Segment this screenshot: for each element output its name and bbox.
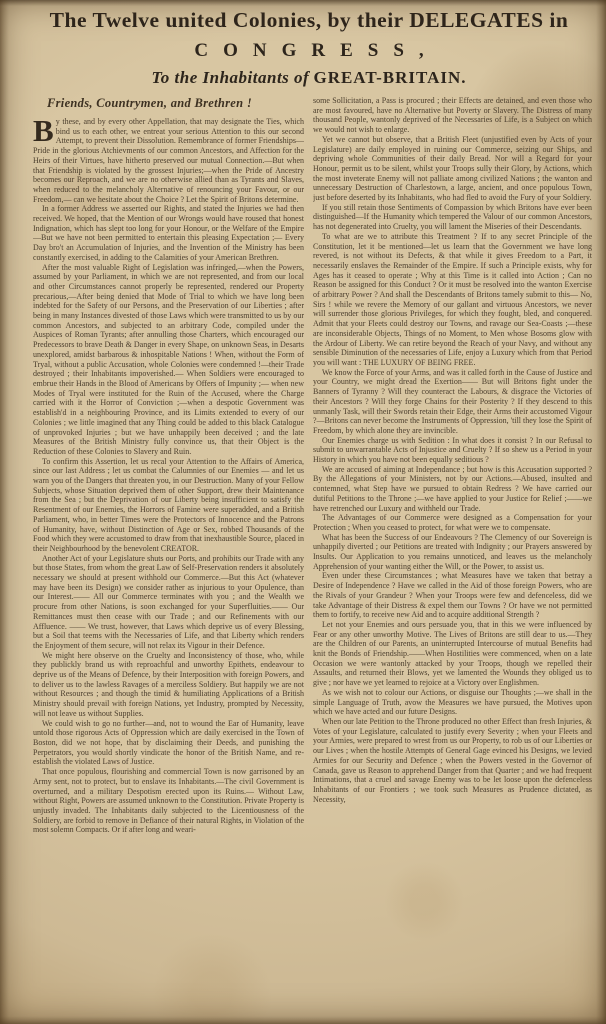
body-paragraph: That once populous, flourishing and comm…: [33, 767, 304, 835]
right-column: some Sollicitation, a Pass is procured ;…: [313, 96, 592, 962]
body-paragraph: We could wish to go no further—and, not …: [33, 719, 304, 768]
body-paragraph: To what are we to attribute this Treatme…: [313, 232, 592, 368]
body-paragraph: Let not your Enemies and ours persuade y…: [313, 620, 592, 688]
title-line-2: CONGRESS,: [26, 40, 592, 62]
body-paragraph: The Advantages of our Commerce were desi…: [313, 513, 592, 532]
document-header: The Twelve united Colonies, by their DEL…: [26, 8, 592, 88]
body-paragraph: In a former Address we asserted our Righ…: [33, 204, 304, 262]
body-paragraph: As we wish not to colour our Actions, or…: [313, 688, 592, 717]
body-paragraph: If you still retain those Sentiments of …: [313, 203, 592, 232]
title-line-3: To the Inhabitants of GREAT-BRITAIN.: [26, 68, 592, 88]
title-line-3-italic: To the Inhabitants of: [151, 68, 309, 87]
body-paragraph: We know the Force of your Arms, and was …: [313, 368, 592, 436]
body-paragraph: Even under these Circumstances ; what Me…: [313, 571, 592, 620]
body-paragraph: What has been the Success of our Endeavo…: [313, 533, 592, 572]
body-paragraph: To confirm this Assertion, let us recal …: [33, 457, 304, 554]
body-paragraph: Yet we cannot but observe, that a Britis…: [313, 135, 592, 203]
body-paragraph: We might here observe on the Cruelty and…: [33, 651, 304, 719]
body-paragraph: By these, and by every other Appellation…: [33, 117, 304, 204]
body-paragraph: Our Enemies charge us with Sedition : In…: [313, 436, 592, 465]
body-paragraph: Another Act of your Legislature shuts ou…: [33, 554, 304, 651]
left-column: Friends, Countrymen, and Brethren ! By t…: [33, 96, 304, 962]
body-paragraph: After the most valuable Right of Legisla…: [33, 263, 304, 457]
body-paragraph: some Sollicitation, a Pass is procured ;…: [313, 96, 592, 135]
salutation: Friends, Countrymen, and Brethren !: [33, 96, 304, 110]
body-paragraph: When our late Petition to the Throne pro…: [313, 717, 592, 804]
broadside-page: The Twelve united Colonies, by their DEL…: [0, 0, 606, 1024]
title-line-1: The Twelve united Colonies, by their DEL…: [26, 8, 592, 33]
title-line-3-caps: GREAT-BRITAIN.: [313, 68, 466, 87]
body-paragraph: We are accused of aiming at Independance…: [313, 465, 592, 514]
